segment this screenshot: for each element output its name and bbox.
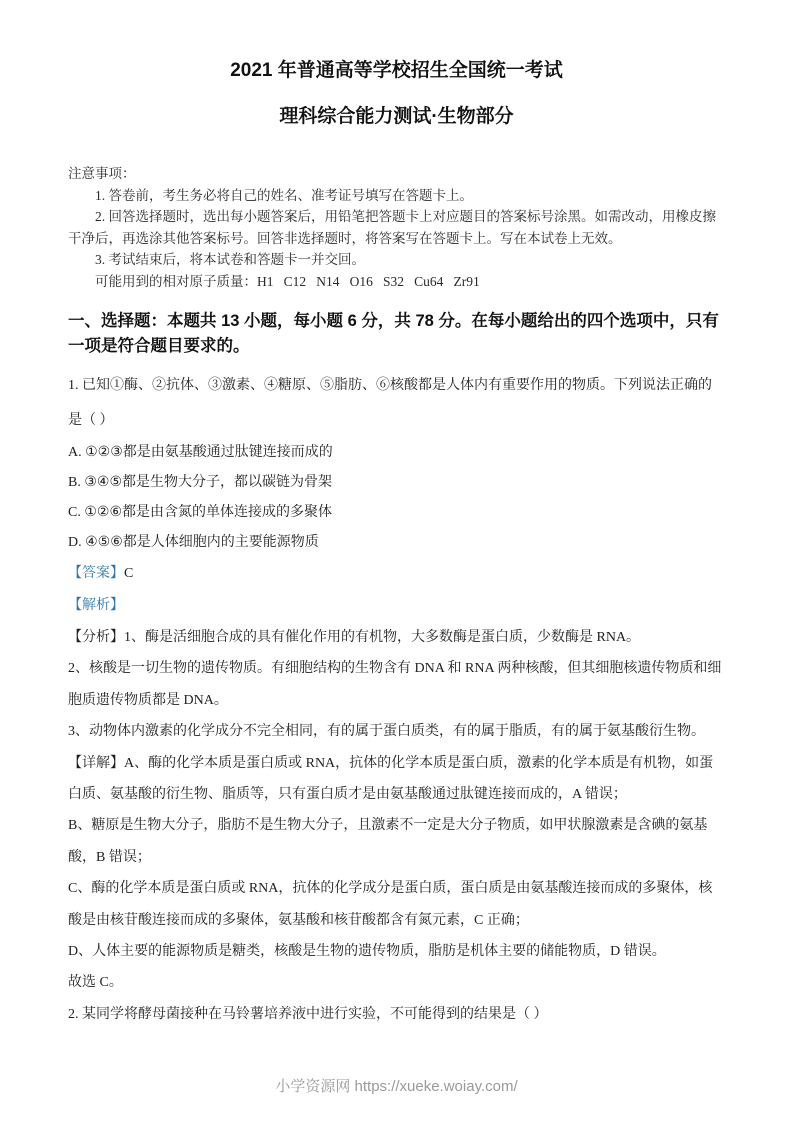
notice-item-1: 1. 答卷前，考生务必将自己的姓名、准考证号填写在答题卡上。 <box>68 185 725 207</box>
conclusion-line: 故选 C。 <box>68 967 725 998</box>
jiexi-line: 【解析】 <box>68 590 725 622</box>
question-1-option-d: D. ④⑤⑥都是人体细胞内的主要能源物质 <box>68 528 725 558</box>
analysis-paragraph-3: 3、动物体内激素的化学成分不完全相同，有的属于蛋白质类，有的属于脂质，有的属于氨… <box>68 716 725 747</box>
notice-section: 注意事项： 1. 答卷前，考生务必将自己的姓名、准考证号填写在答题卡上。 2. … <box>68 163 725 292</box>
answer-line: 【答案】C <box>68 558 725 590</box>
question-1: 1. 已知①酶、②抗体、③激素、④糖原、⑤脂肪、⑥核酸都是人体内有重要作用的物质… <box>68 368 725 999</box>
jiexi-label: 【解析】 <box>68 598 124 613</box>
exam-title-line1: 2021 年普通高等学校招生全国统一考试 <box>68 58 725 84</box>
question-1-option-a: A. ①②③都是由氨基酸通过肽键连接而成的 <box>68 438 725 468</box>
notice-item-3: 3. 考试结束后，将本试卷和答题卡一并交回。 <box>68 249 725 271</box>
question-2: 2. 某同学将酵母菌接种在马铃薯培养液中进行实验，不可能得到的结果是（ ） <box>68 999 725 1030</box>
detail-paragraph-b: B、糖原是生物大分子，脂肪不是生物大分子，且激素不一定是大分子物质，如甲状腺激素… <box>68 810 725 873</box>
question-1-option-b: B. ③④⑤都是生物大分子，都以碳链为骨架 <box>68 468 725 498</box>
atomic-masses-line: 可能用到的相对原子质量：H1 C12 N14 O16 S32 Cu64 Zr91 <box>68 271 725 293</box>
section-heading-multiple-choice: 一、选择题：本题共 13 小题，每小题 6 分，共 78 分。在每小题给出的四个… <box>68 309 725 359</box>
question-1-stem: 1. 已知①酶、②抗体、③激素、④糖原、⑤脂肪、⑥核酸都是人体内有重要作用的物质… <box>68 368 725 438</box>
analysis-paragraph-1: 【分析】1、酶是活细胞合成的具有催化作用的有机物，大多数酶是蛋白质，少数酶是 R… <box>68 622 725 653</box>
analysis-paragraph-2: 2、核酸是一切生物的遗传物质。有细胞结构的生物含有 DNA 和 RNA 两种核酸… <box>68 653 725 716</box>
detail-paragraph-a: 【详解】A、酶的化学本质是蛋白质或 RNA，抗体的化学本质是蛋白质，激素的化学本… <box>68 748 725 811</box>
question-2-stem: 2. 某同学将酵母菌接种在马铃薯培养液中进行实验，不可能得到的结果是（ ） <box>68 999 725 1030</box>
notice-item-2: 2. 回答选择题时，选出每小题答案后，用铅笔把答题卡上对应题目的答案标号涂黑。如… <box>68 206 725 249</box>
answer-value: C <box>124 566 133 581</box>
question-1-option-c: C. ①②⑥都是由含氮的单体连接成的多聚体 <box>68 498 725 528</box>
detail-paragraph-c: C、酶的化学本质是蛋白质或 RNA，抗体的化学成分是蛋白质，蛋白质是由氨基酸连接… <box>68 873 725 936</box>
footer: 小学资源网 https://xueke.woiay.com/ <box>0 1075 793 1096</box>
exam-paper-page: 2021 年普通高等学校招生全国统一考试 理科综合能力测试·生物部分 注意事项：… <box>0 0 793 1122</box>
notice-heading: 注意事项： <box>68 163 725 185</box>
footer-site-link[interactable]: 小学资源网 https://xueke.woiay.com/ <box>275 1078 517 1095</box>
exam-title-line2: 理科综合能力测试·生物部分 <box>68 104 725 130</box>
answer-label: 【答案】 <box>68 566 124 581</box>
detail-paragraph-d: D、人体主要的能源物质是糖类，核酸是生物的遗传物质，脂肪是机体主要的储能物质，D… <box>68 936 725 967</box>
page-content: 2021 年普通高等学校招生全国统一考试 理科综合能力测试·生物部分 注意事项：… <box>0 0 793 1030</box>
